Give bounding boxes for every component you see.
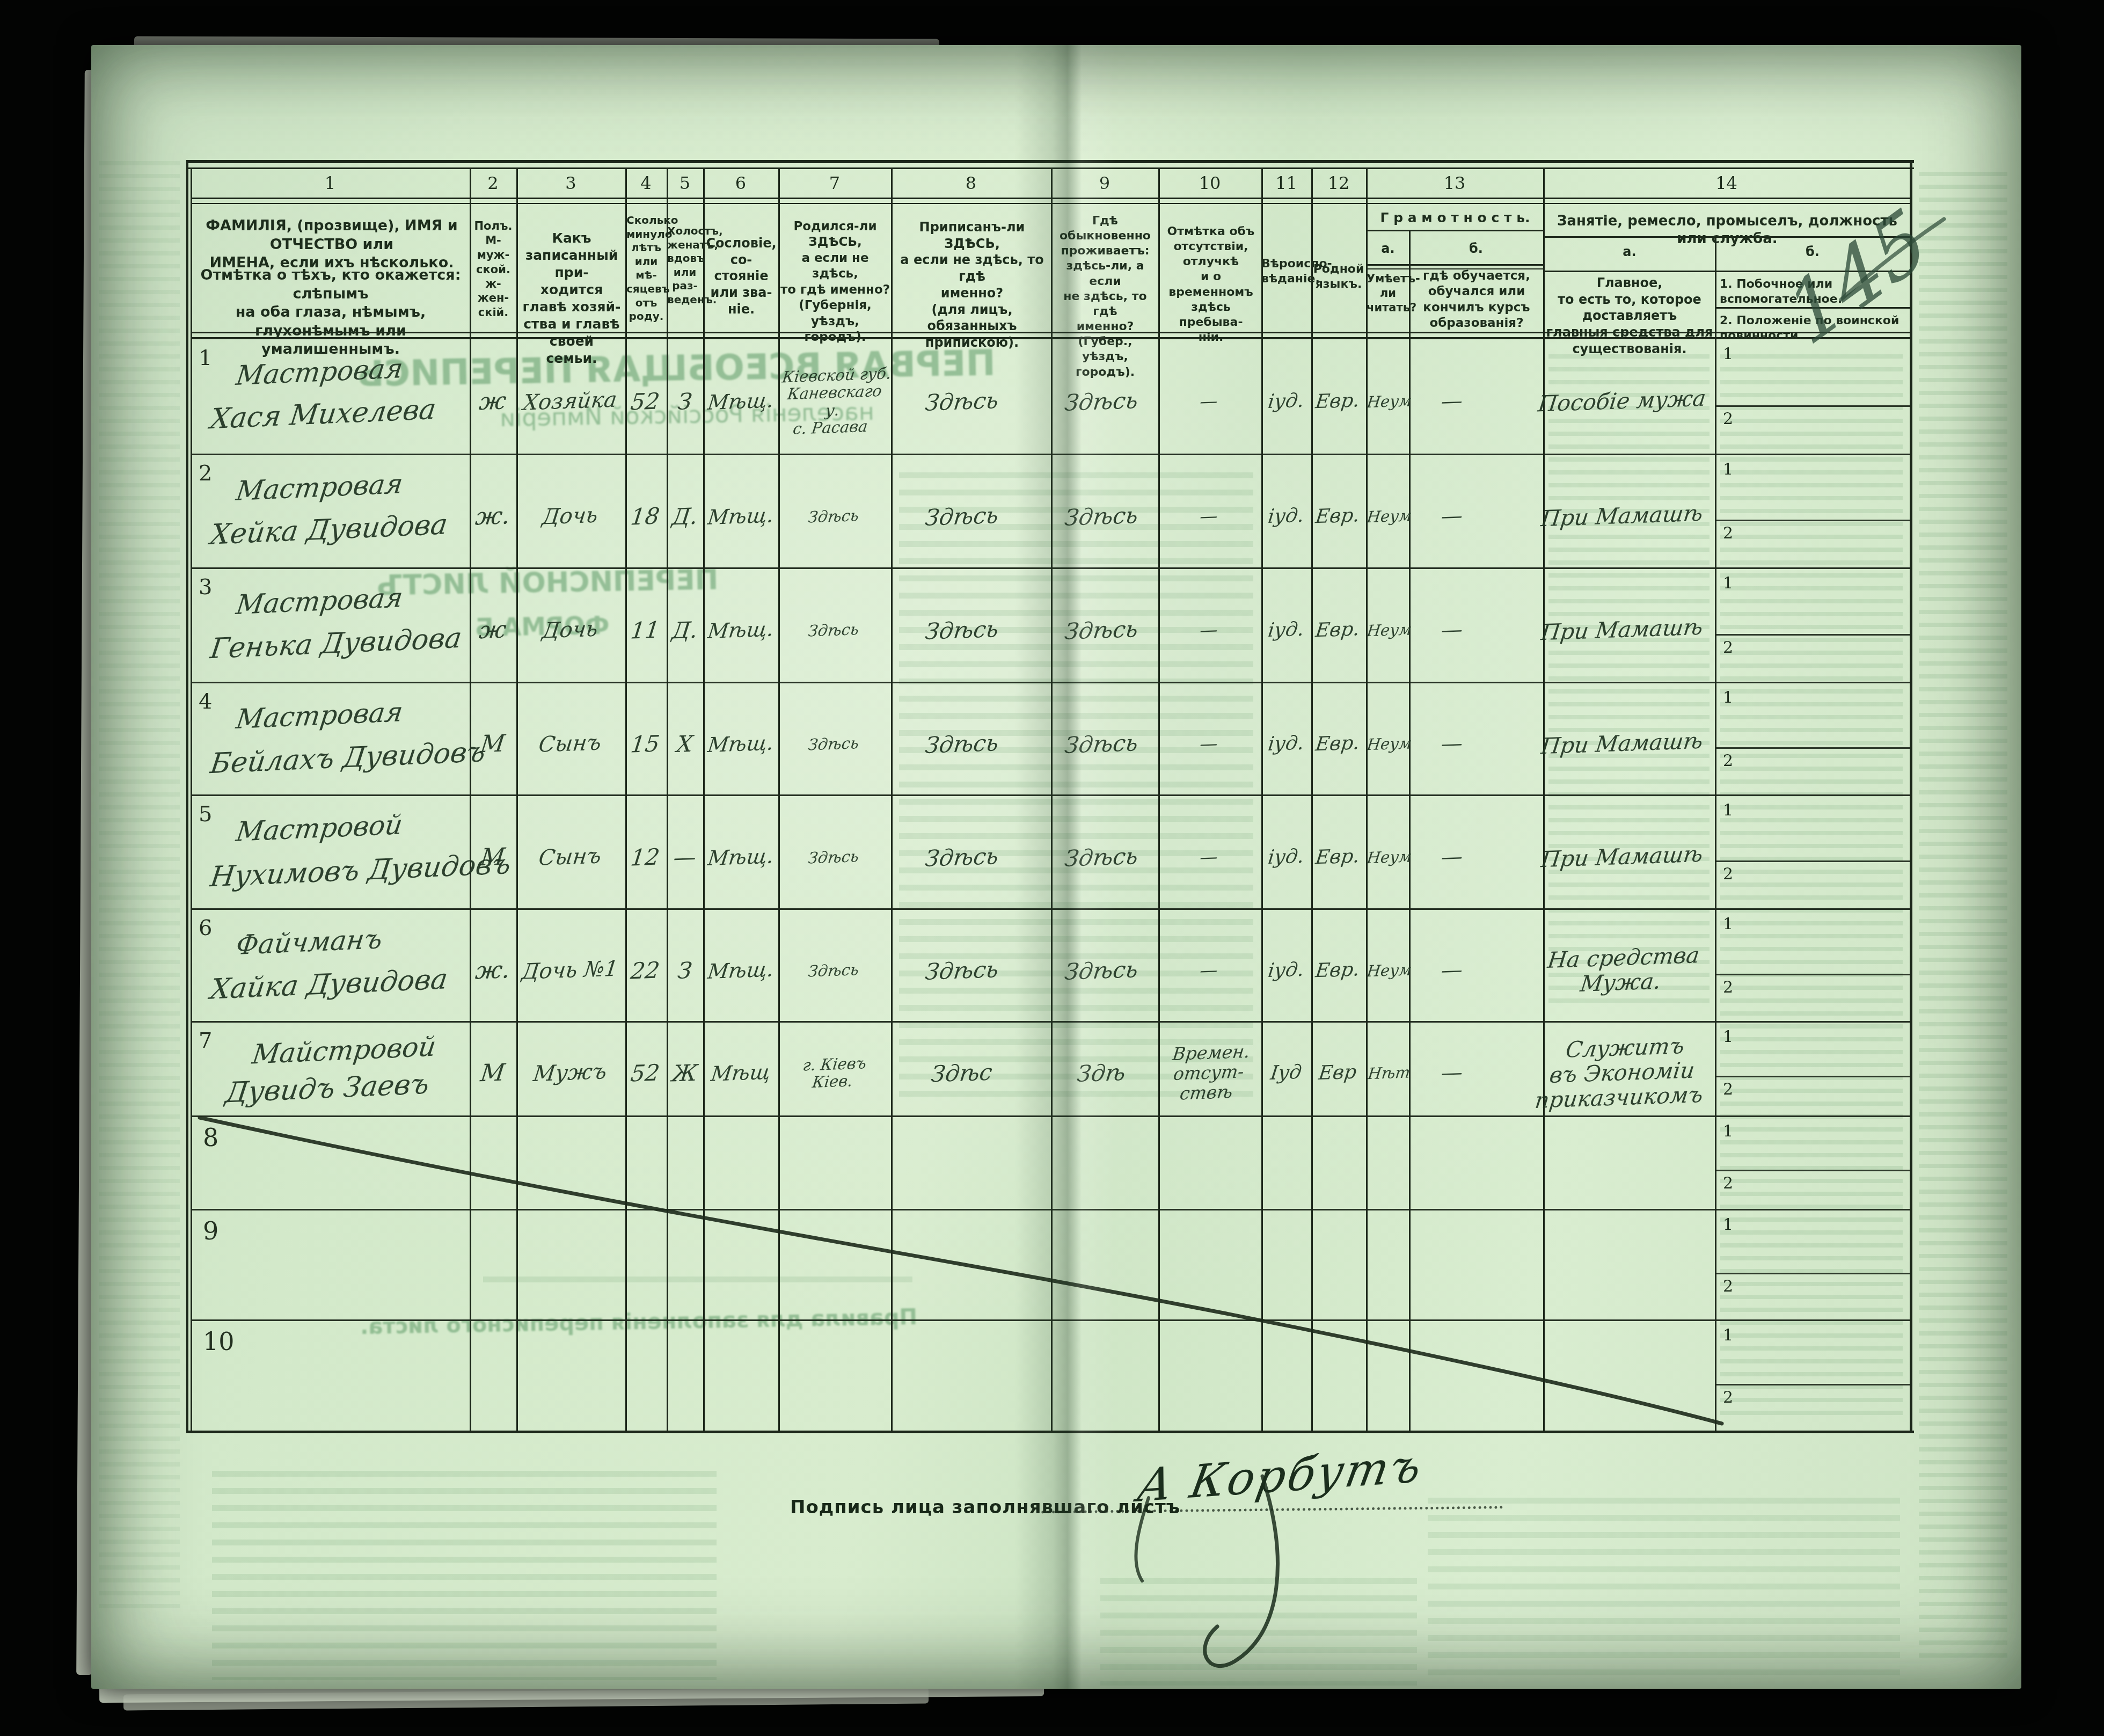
entry-language: Евр. <box>1310 732 1366 755</box>
side-occupation-slot-1: 1 <box>1723 688 1733 707</box>
entry-marital: Ж <box>666 1060 704 1086</box>
entry-sex: ж <box>469 616 517 644</box>
entry-absence: — <box>1157 845 1261 869</box>
entry-relation: Дочь №1 <box>515 957 625 984</box>
entry-language: Евр. <box>1310 390 1366 413</box>
entry-education: — <box>1410 843 1493 870</box>
column-number: 1 <box>191 173 470 193</box>
entry-language: Евр. <box>1310 845 1366 869</box>
table-line <box>1366 169 1368 1431</box>
side-occupation-slot-1: 1 <box>1723 915 1733 933</box>
entry-age: 22 <box>623 957 667 984</box>
table-line <box>1715 1170 1910 1171</box>
entry-registered: Здѣсь <box>893 386 1031 417</box>
side-occupation-slot-1: 1 <box>1723 1215 1733 1234</box>
entry-relation: Дочь <box>515 616 625 644</box>
entry-relation: Хозяйка <box>515 388 625 415</box>
table-line <box>1715 860 1910 862</box>
table-line <box>191 1209 1910 1210</box>
entry-reads: Неум <box>1366 507 1412 526</box>
header-name: ФАМИЛІЯ, (прозвище), ИМЯ и ОТЧЕСТВО или … <box>200 217 464 273</box>
entry-religion: іуд. <box>1260 390 1313 413</box>
entry-age: 52 <box>623 388 667 415</box>
entry-born: Здѣсь <box>777 847 890 868</box>
entry-registered: Здѣсь <box>893 955 1031 986</box>
table-line <box>1051 169 1053 1431</box>
table-line <box>1715 1076 1910 1077</box>
entry-sex: М <box>469 1059 517 1087</box>
entry-religion: іуд. <box>1260 505 1313 528</box>
table-line <box>1715 236 1716 1431</box>
row-number: 7 <box>199 1029 212 1053</box>
table-line <box>470 169 471 1431</box>
side-occupation-slot-2: 2 <box>1723 410 1733 428</box>
entry-marital: З <box>666 957 704 984</box>
row-number: 3 <box>199 575 212 600</box>
entry-reads: Неум <box>1366 392 1412 411</box>
column-number: 5 <box>667 173 703 193</box>
entry-absence: — <box>1157 505 1261 528</box>
table-line <box>1715 520 1910 521</box>
header-literacy-reads: Умѣетъ- ли читать? <box>1367 272 1409 315</box>
side-occupation-slot-2: 2 <box>1723 978 1733 997</box>
entry-resides: Здѣсь <box>1048 729 1155 758</box>
table-line <box>1715 1384 1910 1385</box>
entry-registered: Здѣсь <box>893 501 1031 531</box>
column-number: 13 <box>1366 173 1543 193</box>
column-number: 8 <box>891 173 1051 193</box>
table-line <box>1715 405 1910 407</box>
header-absence: Отмѣтка объ отсутствіи, отлучкѣ и о врем… <box>1160 224 1261 345</box>
table-line <box>186 167 1914 169</box>
header-relation: Какъ записанный при- ходится главѣ хозяй… <box>520 230 624 367</box>
table-line <box>191 454 1910 455</box>
column-number: 14 <box>1543 173 1910 193</box>
header-name-note: Отмѣтка о тѣхъ, кто окажется: слѣпымъ на… <box>196 266 465 359</box>
entry-born: Здѣсь <box>777 960 890 981</box>
entry-absence: Времен. отсут- ствѣ <box>1154 1041 1263 1105</box>
table-line <box>1366 264 1543 266</box>
entry-sex: ж <box>469 388 517 415</box>
table-line <box>1910 160 1912 1433</box>
entry-religion: Іуд <box>1260 1061 1313 1085</box>
header-religion: Вѣроиспо- вѣданіе. <box>1261 257 1312 287</box>
entry-relation: Мужъ <box>515 1059 625 1087</box>
side-occupation-slot-2: 2 <box>1723 1174 1733 1193</box>
table-line <box>191 198 1910 199</box>
row-number: 1 <box>199 346 212 370</box>
table-line <box>1715 974 1910 975</box>
side-occupation-slot-2: 2 <box>1723 1277 1733 1296</box>
table-line <box>191 794 1910 796</box>
table-line <box>186 160 1914 163</box>
header-literacy-title: Г р а м о т н о с т ь. <box>1368 209 1543 227</box>
entry-language: Евр <box>1310 1061 1366 1085</box>
entry-resides: Здѣсь <box>1048 502 1155 531</box>
entry-language: Евр. <box>1310 618 1366 642</box>
entry-marital: Д. <box>666 503 704 530</box>
side-occupation-slot-2: 2 <box>1723 638 1733 657</box>
entry-estate: Мѣщ <box>702 1060 779 1086</box>
entry-resides: Здѣсь <box>1048 843 1155 872</box>
header-language: Родной языкъ. <box>1312 262 1365 292</box>
header-occupation-a-letter: а. <box>1545 244 1714 260</box>
entry-religion: іуд. <box>1260 845 1313 869</box>
entry-sex: ж. <box>469 502 517 530</box>
entry-born: Здѣсь <box>777 506 890 527</box>
entry-born: Здѣсь <box>777 733 890 755</box>
table-line <box>667 169 668 1431</box>
entry-sex: ж. <box>469 956 517 984</box>
entry-education: — <box>1410 617 1493 644</box>
entry-religion: іуд. <box>1260 959 1313 982</box>
table-line <box>186 160 188 1433</box>
side-occupation-slot-1: 1 <box>1723 1326 1733 1345</box>
entry-language: Евр. <box>1310 505 1366 528</box>
header-age: Сколько минуло лѣтъ или мѣ- сяцевъ отъ р… <box>626 214 666 324</box>
header-literacy-b-letter: б. <box>1411 240 1542 257</box>
table-line <box>891 169 893 1431</box>
entry-relation: Сынъ <box>515 843 625 871</box>
row-number: 5 <box>199 802 212 827</box>
entry-reads: Неум <box>1366 734 1412 753</box>
row-number: 9 <box>203 1216 218 1245</box>
entry-marital: Д. <box>666 617 704 644</box>
entry-religion: іуд. <box>1260 732 1313 756</box>
table-line <box>1261 169 1263 1431</box>
table-line <box>625 169 627 1431</box>
entry-estate: Мѣщ. <box>702 958 779 983</box>
entry-relation: Дочь <box>515 502 625 530</box>
entry-education: — <box>1410 1060 1493 1086</box>
entry-reads: Нѣт <box>1366 1063 1412 1082</box>
entry-registered: Здѣс <box>893 1058 1031 1088</box>
column-number: 11 <box>1261 173 1311 193</box>
side-occupation-slot-2: 2 <box>1723 865 1733 884</box>
entry-marital: Х <box>666 731 704 757</box>
column-number: 7 <box>778 173 891 193</box>
table-line <box>1158 169 1160 1431</box>
entry-estate: Мѣщ. <box>702 844 779 870</box>
header-literacy-a-letter: а. <box>1368 240 1408 257</box>
entry-education: — <box>1410 388 1493 415</box>
table-line <box>1715 634 1910 636</box>
table-line <box>1311 169 1313 1431</box>
entry-age: 18 <box>623 503 667 530</box>
entry-age: 11 <box>623 617 667 644</box>
entry-resides: Здѣ <box>1048 1059 1155 1088</box>
entry-absence: — <box>1157 618 1261 642</box>
table-line <box>1366 230 1543 231</box>
entry-estate: Мѣщ. <box>702 731 779 757</box>
entry-estate: Мѣщ. <box>702 617 779 643</box>
entry-age: 12 <box>623 844 667 871</box>
entry-reads: Неум <box>1366 961 1412 980</box>
column-number: 12 <box>1311 173 1366 193</box>
table-line <box>186 1431 1914 1433</box>
header-birthplace: Родился-ли ЗДѢСЬ, а если не здѣсь, то гд… <box>780 219 890 346</box>
header-literacy-education: гдѣ обучается, обучался или кончилъ курс… <box>1412 268 1542 332</box>
entry-language: Евр. <box>1310 958 1366 982</box>
table-line <box>1715 747 1910 749</box>
side-occupation-slot-2: 2 <box>1723 752 1733 770</box>
entry-marital: З <box>666 388 704 415</box>
entry-absence: — <box>1157 959 1261 982</box>
table-line <box>191 1115 1910 1117</box>
table-line <box>1715 1273 1910 1274</box>
side-occupation-slot-1: 1 <box>1723 460 1733 479</box>
side-occupation-slot-1: 1 <box>1723 345 1733 363</box>
column-number: 10 <box>1158 173 1261 193</box>
row-number: 10 <box>203 1327 235 1356</box>
header-registration: Приписанъ-ли ЗДѢСЬ, а если не здѣсь, то … <box>894 219 1050 351</box>
row-number: 8 <box>203 1123 218 1152</box>
entry-resides: Здѣсь <box>1048 387 1155 416</box>
entry-sex: М <box>469 843 517 871</box>
header-marital: Холостъ, женатъ, вдовъ или раз- веденъ. <box>667 224 703 307</box>
entry-born: г. Кіевъ Кіев. <box>776 1054 891 1092</box>
entry-reads: Неум <box>1366 848 1412 866</box>
side-occupation-slot-1: 1 <box>1723 801 1733 820</box>
header-occupation-main: Главное, то есть то, которое доставляетъ… <box>1546 275 1713 358</box>
header-estate: Сословіе, со- стояніе или зва- ніе. <box>705 235 778 318</box>
column-number: 3 <box>516 173 625 193</box>
table-line <box>191 1319 1910 1321</box>
table-line <box>191 1021 1910 1023</box>
entry-born: Кіевской губ. Каневскаго у. с. Расава <box>774 364 893 439</box>
entry-education: — <box>1410 730 1493 757</box>
entry-reads: Неум <box>1366 621 1412 639</box>
side-occupation-slot-1: 1 <box>1723 1027 1733 1046</box>
side-occupation-slot-1: 1 <box>1723 574 1733 593</box>
scanned-census-sheet: ПЕРВАЯ ВСЕОБЩАЯ ПЕРЕПИСЬ населенія Россі… <box>0 0 2104 1736</box>
entry-estate: Мѣщ. <box>702 389 779 414</box>
side-occupation-slot-2: 2 <box>1723 1388 1733 1407</box>
entry-registered: Здѣсь <box>893 729 1031 759</box>
column-number: 9 <box>1051 173 1158 193</box>
side-occupation-slot-1: 1 <box>1723 1122 1733 1141</box>
row-number: 4 <box>199 689 212 714</box>
table-line <box>191 682 1910 683</box>
entry-marital: — <box>666 844 704 871</box>
entry-education: — <box>1410 502 1493 529</box>
side-occupation-slot-2: 2 <box>1723 524 1733 543</box>
entry-estate: Мѣщ. <box>702 504 779 529</box>
entry-education: — <box>1410 957 1493 983</box>
entry-absence: — <box>1157 732 1261 756</box>
table-line <box>191 567 1910 569</box>
header-residence: Гдѣ обыкновенно проживаетъ: здѣсь-ли, а … <box>1053 214 1157 380</box>
table-line <box>191 908 1910 910</box>
table-line <box>1543 169 1545 1431</box>
entry-resides: Здѣсь <box>1048 616 1155 645</box>
table-line <box>191 167 192 1433</box>
column-number: 4 <box>625 173 667 193</box>
row-number: 6 <box>199 916 212 940</box>
table-line <box>778 169 780 1431</box>
header-sex: Полъ. М-муж- ской. ж-жен- скій. <box>471 219 516 320</box>
entry-religion: іуд. <box>1260 618 1313 642</box>
entry-occupation: На средства Мужа. <box>1535 943 1709 998</box>
entry-relation: Сынъ <box>515 730 625 758</box>
entry-occupation: Служитъ въ Экономіи приказчикомъ <box>1533 1033 1711 1113</box>
column-number: 6 <box>703 173 778 193</box>
table-line <box>703 169 705 1431</box>
entry-registered: Здѣсь <box>893 615 1031 645</box>
row-number: 2 <box>199 461 212 486</box>
table-line <box>516 169 518 1431</box>
entry-resides: Здѣсь <box>1048 955 1155 984</box>
column-number: 2 <box>470 173 516 193</box>
entry-registered: Здѣсь <box>893 842 1031 872</box>
table-line <box>191 203 1910 204</box>
entry-age: 15 <box>623 731 667 757</box>
side-occupation-slot-2: 2 <box>1723 1080 1733 1099</box>
entry-absence: — <box>1157 390 1261 413</box>
entry-surname: Файчманъ <box>234 923 384 961</box>
entry-sex: М <box>469 730 517 757</box>
entry-age: 52 <box>623 1060 667 1086</box>
